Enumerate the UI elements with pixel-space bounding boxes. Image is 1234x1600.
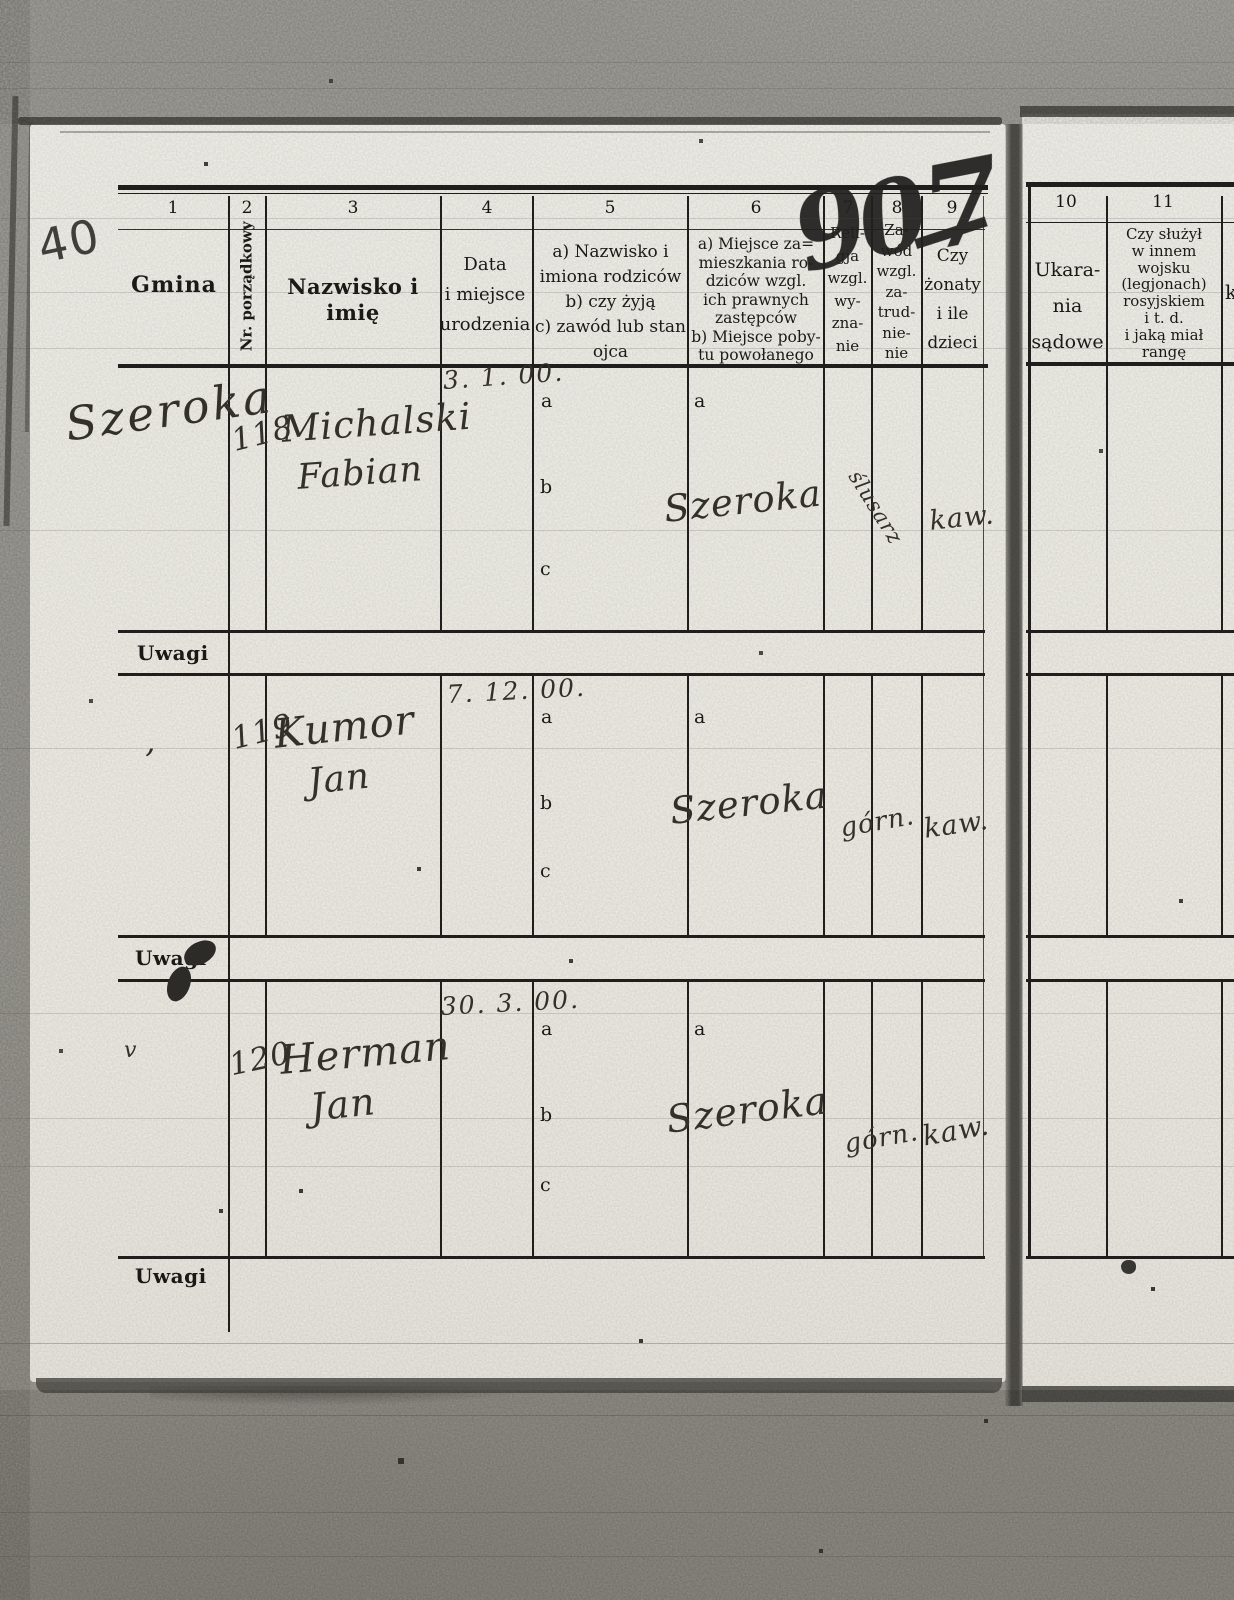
left-page-bottom-shadow-blob [150, 1386, 670, 1412]
header-ukarania: Ukara- nia sądowe [1030, 252, 1105, 360]
page-gutter-shadow [1005, 124, 1023, 1406]
row-120-letter-c: c [540, 1174, 551, 1196]
right-column-number-underline [1026, 222, 1234, 223]
uwagi-band-2 [119, 935, 983, 982]
scan-line [0, 1118, 1234, 1119]
dust-specks [0, 0, 2, 2]
right-page-top-edge [1020, 106, 1234, 117]
scanned-register-page: 1 2 3 4 5 6 7 8 9 Gmina Nr. porządkowy N… [0, 0, 1234, 1600]
uwagi-band-2-top [118, 935, 985, 938]
scan-line [0, 218, 1234, 219]
scan-line [0, 748, 1234, 749]
column-line-11-12 [1221, 196, 1223, 1256]
row-119-letter-c: c [540, 860, 551, 882]
column-number-1: 1 [151, 198, 195, 218]
uwagi-label-1: Uwagi [137, 641, 209, 665]
right-uwagi-band-1 [1032, 630, 1234, 676]
column-number-4: 4 [465, 198, 509, 218]
row-120-letter-b: b [540, 1104, 552, 1126]
row-118-residence-letter-a: a [694, 390, 705, 412]
row-120-residence-letter-a: a [694, 1018, 705, 1040]
table-right-border [983, 196, 984, 1256]
uwagi-band-2-bottom [118, 979, 985, 982]
uwagi-band-3-top [118, 1256, 985, 1259]
scan-line [0, 1556, 1234, 1557]
column-number-3: 3 [331, 198, 375, 218]
right-uwagi-band-2-top [1026, 935, 1234, 938]
row-118-letter-b: b [540, 476, 552, 498]
row-120-letter-a: a [541, 1018, 552, 1040]
row-119-letter-b: b [540, 792, 552, 814]
uwagi-label-3: Uwagi [135, 1264, 207, 1288]
scan-line [0, 1013, 1234, 1014]
right-uwagi-band-2 [1032, 935, 1234, 982]
right-uwagi-band-3-top [1026, 1256, 1234, 1259]
column-number-6: 6 [734, 198, 778, 218]
row-119-residence-letter-a: a [694, 706, 705, 728]
row-120-gmina-ditto: v [124, 1038, 137, 1063]
stacked-sheet-edge-left [3, 96, 18, 526]
header-gmina: Gmina [120, 272, 228, 300]
scan-line [0, 88, 1234, 89]
scan-line [0, 530, 1234, 531]
uwagi-band-1 [119, 630, 983, 676]
scan-line [0, 1415, 1234, 1416]
right-uwagi-band-2-bottom [1026, 979, 1234, 982]
left-page-top-edge [18, 117, 1002, 125]
right-page-bottom-shadow [1022, 1386, 1234, 1402]
row-119-gmina-ditto: ‚ [145, 722, 156, 760]
left-page-top-edge-thin [60, 131, 990, 133]
scan-line [0, 1512, 1234, 1513]
row-118-letter-c: c [540, 558, 551, 580]
row-118-letter-a: a [541, 390, 552, 412]
scan-line [0, 1166, 1234, 1167]
column-line-1-2-uwagi-divider [228, 196, 230, 1332]
row-120-firstname: Jan [308, 1079, 378, 1130]
row-119-letter-a: a [541, 706, 552, 728]
scan-line [0, 1343, 1234, 1344]
header-nazwisko-imie: Nazwisko i imię [268, 274, 438, 327]
right-uwagi-band-1-bottom [1026, 673, 1234, 676]
scan-line [0, 292, 1234, 293]
column-number-11: 11 [1141, 192, 1185, 212]
right-header-bottom-border [1026, 362, 1234, 366]
ink-dot [1121, 1260, 1136, 1274]
header-nr-porzadkowy: Nr. porządkowy [238, 206, 257, 366]
scan-line [0, 62, 1234, 63]
column-line-3-4 [440, 196, 442, 1256]
right-table-top-border [1026, 182, 1234, 187]
column-number-10: 10 [1044, 192, 1088, 212]
header-czy-sluzyl: Czy służył w innem wojsku (legjonach) ro… [1108, 226, 1220, 360]
uwagi-band-1-top [118, 630, 985, 633]
header-data-urodzenia: Data i miejsce urodzenia [438, 250, 532, 340]
header-rodzice: a) Nazwisko i imiona rodziców b) czy żyj… [534, 240, 687, 365]
right-uwagi-band-1-top [1026, 630, 1234, 633]
stamp-number: 9 0 7 [787, 134, 1032, 317]
row-119-firstname: Jan [306, 756, 372, 803]
scan-line [0, 348, 1234, 349]
column-number-5: 5 [588, 198, 632, 218]
